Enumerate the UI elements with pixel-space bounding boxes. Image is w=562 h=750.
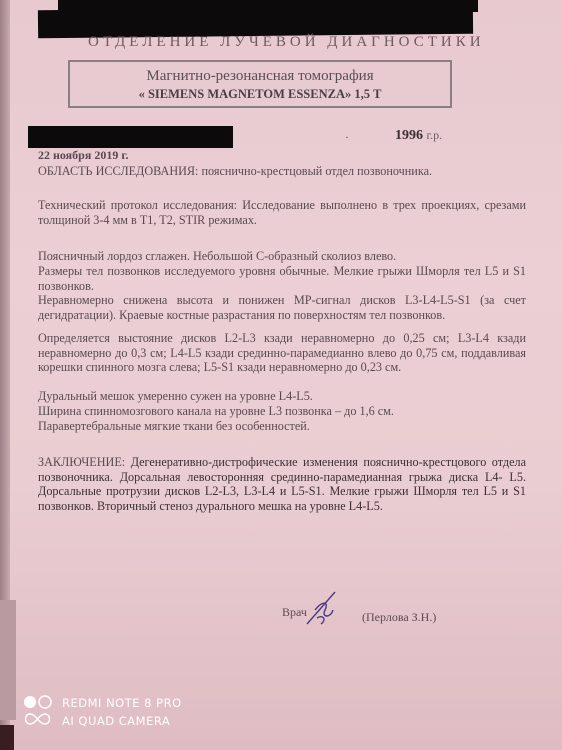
birth-year-value: 1996 [395,128,423,143]
birth-year-suffix: г.р. [427,128,443,142]
finding-2: Размеры тел позвонков исследуемого уровн… [38,264,526,293]
camera-model: REDMI NOTE 8 PRO [62,696,182,710]
department-title: ОТДЕЛЕНИЕ ЛУЧЕВОЙ ДИАГНОСТИКИ [88,34,508,51]
conclusion: ЗАКЛЮЧЕНИЕ: Дегенеративно-дистрофические… [38,455,526,513]
birth-year: 1996 г.р. [395,128,442,144]
finding-5: Дуральный мешок умеренно сужен на уровне… [38,389,526,404]
camera-type: AI QUAD CAMERA [62,714,170,728]
header-box: Магнитно-резонансная томография « SIEMEN… [68,60,452,108]
device-name: « SIEMENS MAGNETOM ESSENZA» 1,5 Т [70,87,450,102]
signature-name: (Перлова З.Н.) [362,610,436,625]
finding-3: Неравномерно снижена высота и понижен МР… [38,293,526,322]
separator-dot: · [345,130,349,145]
study-area: ОБЛАСТЬ ИССЛЕДОВАНИЯ: пояснично-крестцов… [38,164,528,178]
camera-watermark: REDMI NOTE 8 PRO AI QUAD CAMERA [22,694,182,730]
finding-1: Поясничный лордоз сглажен. Небольшой С-о… [38,249,526,264]
underlying-page-strip [0,600,16,720]
technical-protocol: Технический протокол исследования: Иссле… [38,198,526,227]
signature-role: Врач [282,605,307,620]
finding-4: Определяется выстояние дисков L2-L3 кзад… [38,331,526,375]
handwritten-signature-icon [305,588,345,628]
finding-7: Паравертебральные мягкие ткани без особе… [38,419,526,434]
modality-title: Магнитно-резонансная томография [70,68,450,85]
study-area-value: пояснично-крестцовый отдел позвоночника. [201,164,432,178]
quad-camera-logo-icon [22,694,56,728]
redaction-patient-name [28,126,233,148]
photo-background-corner [0,725,14,750]
study-area-label: ОБЛАСТЬ ИССЛЕДОВАНИЯ: [38,164,198,178]
conclusion-label: ЗАКЛЮЧЕНИЕ: [38,455,125,469]
finding-6: Ширина спинномозгового канала на уровне … [38,404,526,419]
exam-date: 22 ноября 2019 г. [38,148,128,163]
